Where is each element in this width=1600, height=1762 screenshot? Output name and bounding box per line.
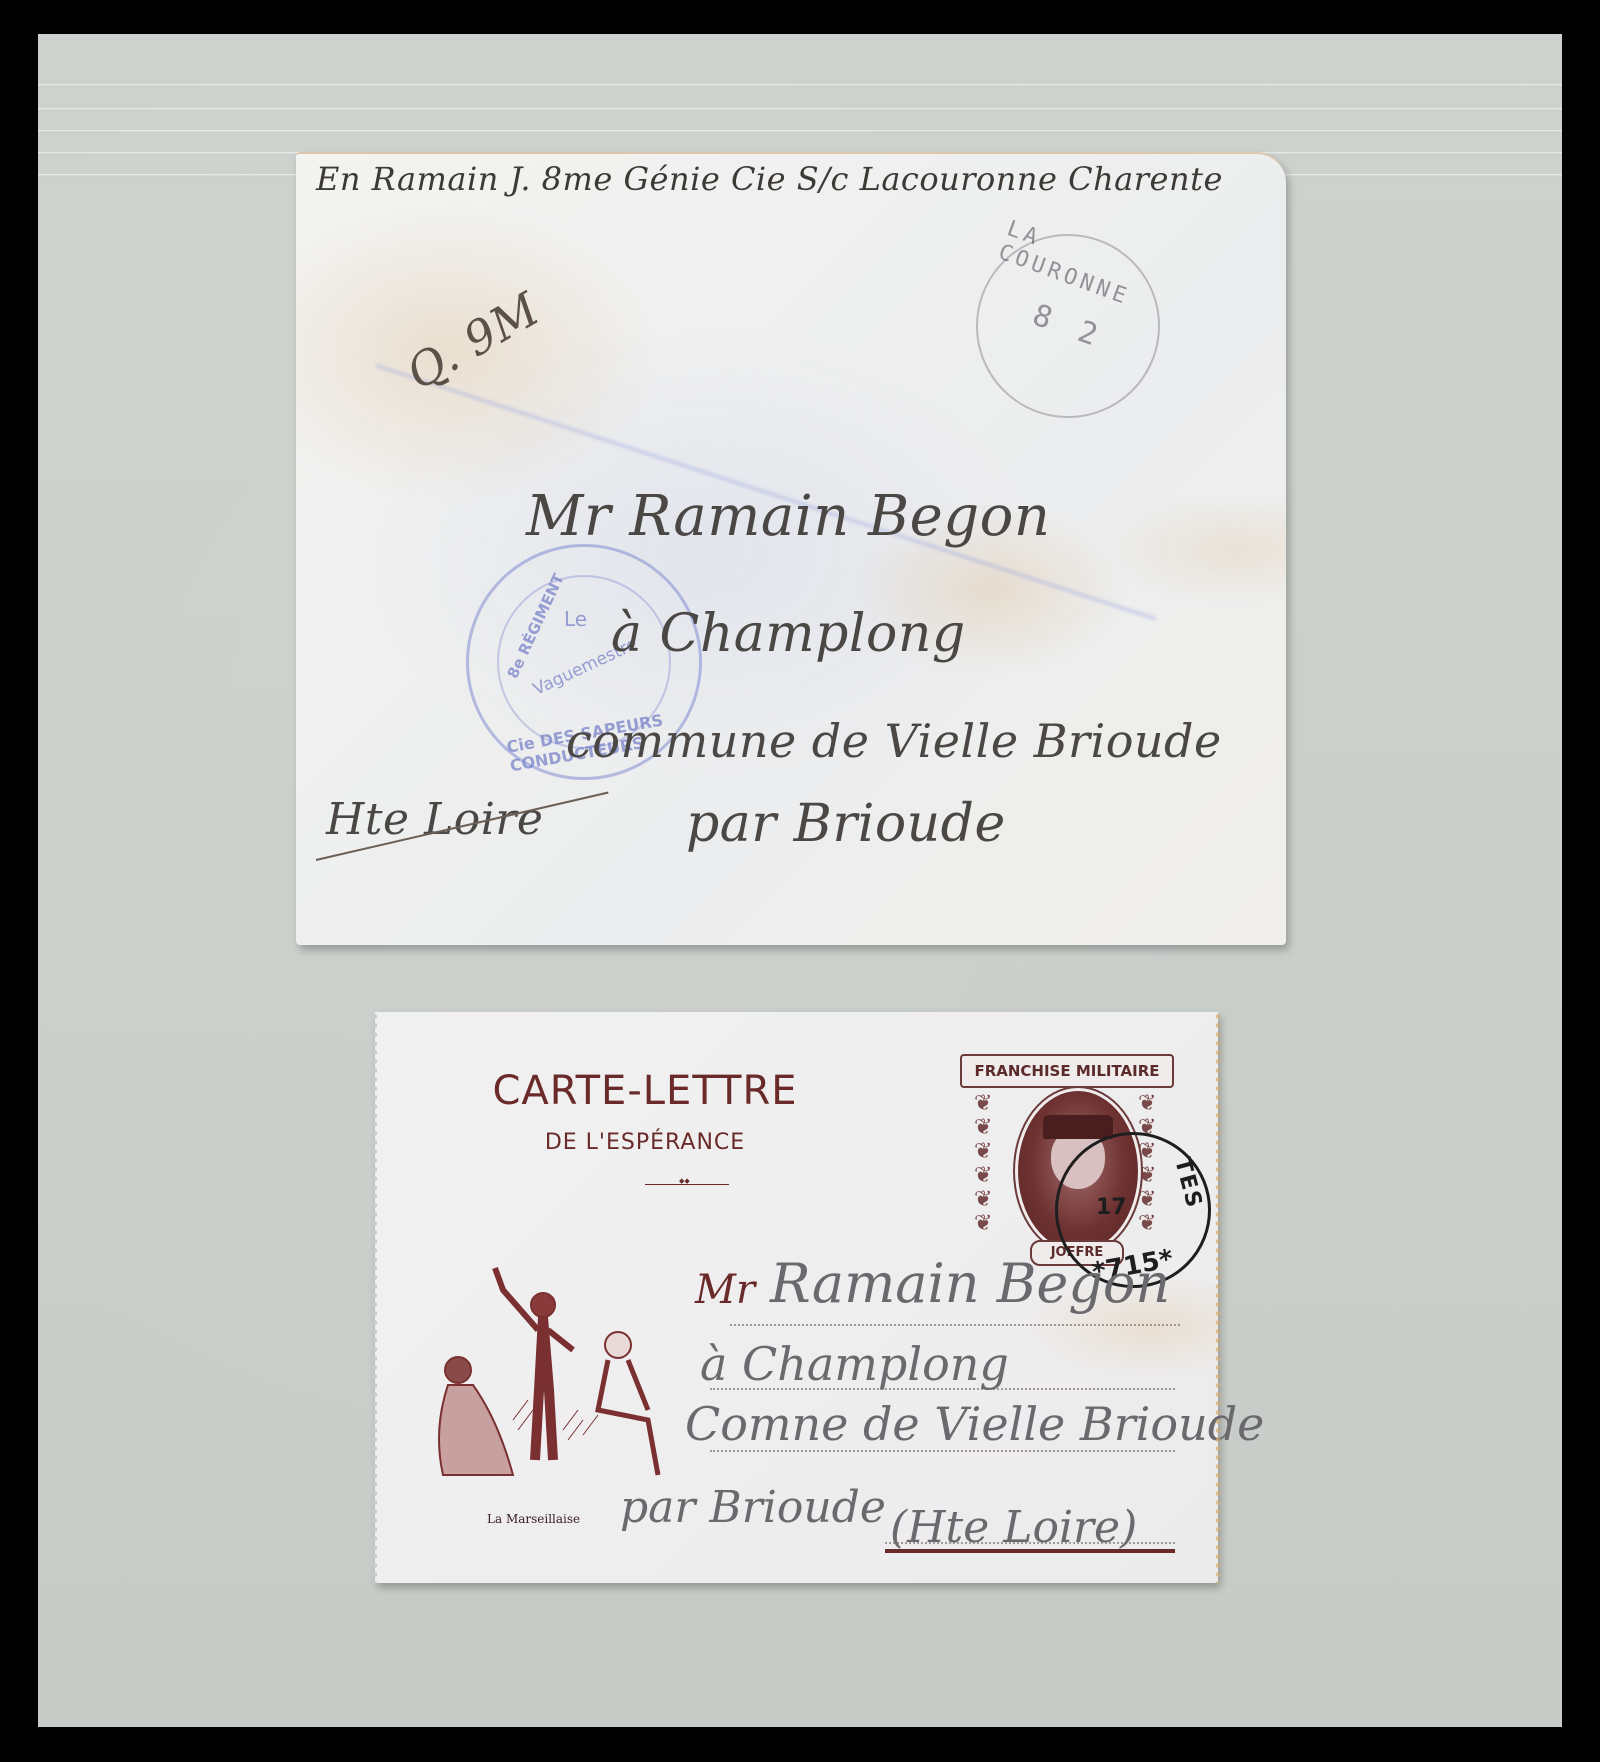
mount-line bbox=[38, 108, 1562, 111]
mount-line bbox=[38, 130, 1562, 133]
cachet-center-1: Le bbox=[564, 607, 587, 631]
address-line-2: à Champlong bbox=[611, 604, 966, 664]
laurel-icon: ❦❦❦❦❦❦ bbox=[974, 1092, 1010, 1242]
card-address-line-1: Ramain Begon bbox=[770, 1252, 1170, 1315]
card-postmark-ring: TES bbox=[1169, 1155, 1207, 1212]
card-address-department: (Hte Loire) bbox=[890, 1502, 1137, 1553]
address-line-1: Mr Ramain Begon bbox=[526, 484, 1050, 549]
address-line-3: commune de Vielle Brioude bbox=[566, 714, 1222, 768]
card-subtitle: DE L'ESPÉRANCE bbox=[375, 1130, 915, 1155]
sender-line: En Ramain J. 8me Génie Cie S/c Lacouronn… bbox=[316, 160, 1223, 198]
ornament-divider bbox=[645, 1184, 729, 1185]
dotted-address-line bbox=[730, 1324, 1180, 1326]
envelope: En Ramain J. 8me Génie Cie S/c Lacouronn… bbox=[296, 152, 1286, 945]
postmark-date: 8 2 bbox=[1028, 297, 1108, 355]
address-department: Hte Loire bbox=[326, 794, 543, 845]
pencil-note: Q. 9M bbox=[397, 282, 548, 401]
card-postmark-day: 17 bbox=[1096, 1195, 1127, 1220]
postmark-icon: LA COURONNE 8 2 bbox=[950, 208, 1186, 444]
address-prefix: Mr bbox=[695, 1267, 755, 1313]
portrait-cap bbox=[1043, 1115, 1113, 1139]
stamp-banner: FRANCHISE MILITAIRE bbox=[960, 1054, 1174, 1088]
marseillaise-illustration-icon bbox=[403, 1260, 683, 1510]
card-title: CARTE-LETTRE bbox=[375, 1068, 915, 1114]
card-address-line-3: Comne de Vielle Brioude bbox=[685, 1397, 1264, 1451]
address-line-4: par Brioude bbox=[686, 794, 1006, 854]
illustration-caption: La Marseillaise bbox=[487, 1512, 580, 1526]
card-address-line-4: par Brioude bbox=[620, 1482, 886, 1533]
carte-lettre: CARTE-LETTRE DE L'ESPÉRANCE ❦❦❦❦❦❦ ❦❦❦❦❦… bbox=[375, 1012, 1218, 1583]
mount-line bbox=[38, 84, 1562, 87]
card-address-line-2: à Champlong bbox=[700, 1337, 1009, 1391]
postmark-ring-text: LA COURONNE bbox=[995, 216, 1181, 325]
